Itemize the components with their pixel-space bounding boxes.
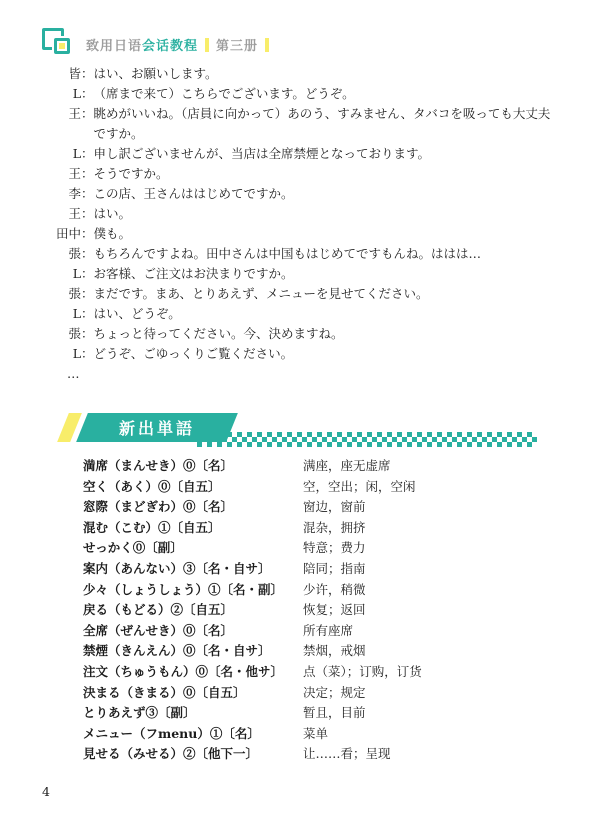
vocab-meaning: 让……看；呈现 [303,744,563,765]
dialogue-text: 眺めがいいね。（店員に向かって）あのう、すみません、タバコを吸っても大丈夫ですか… [94,104,558,144]
dialogue-colon: ： [81,64,94,84]
vocab-term: メニュー（フmenu）①〔名〕 [83,724,303,745]
dialogue-block: 皆 ： はい、お願いします。 L ： （席まで来て）こちらでございます。どうぞ。… [53,64,558,384]
vocab-meaning: 特意；费力 [303,538,563,559]
vocab-row: 満席（まんせき）⓪〔名〕 满座，座无虚席 [83,456,563,477]
vocab-row: 注文（ちゅうもん）⓪〔名・他サ〕 点（菜）；订购，订货 [83,662,563,683]
vocab-meaning: 陪同；指南 [303,559,563,580]
dialogue-colon: ： [81,104,94,124]
vocab-meaning: 决定；规定 [303,683,563,704]
dialogue-colon: ： [81,344,94,364]
dialogue-text: はい。 [94,204,558,224]
dialogue-colon: ： [81,204,94,224]
vocab-meaning: 所有座席 [303,621,563,642]
dialogue-speaker: 張 [53,244,81,264]
brand-title-course: 会话教程 [142,39,198,54]
vocab-term: 全席（ぜんせき）⓪〔名〕 [83,621,303,642]
dialogue-text: 申し訳ございませんが、当店は全席禁煙となっております。 [94,144,558,164]
dialogue-colon: ： [81,184,94,204]
dialogue-line: L ： （席まで来て）こちらでございます。どうぞ。 [53,84,558,104]
vocab-row: とりあえず③〔副〕 暂且，目前 [83,703,563,724]
yellow-divider-bar [265,38,269,52]
page-number: 4 [42,784,50,799]
dialogue-text: どうぞ、ごゆっくりご覧ください。 [94,344,558,364]
vocab-meaning: 窗边，窗前 [303,497,563,518]
dialogue-line: L ： どうぞ、ごゆっくりご覧ください。 [53,344,558,364]
vocab-term: 決まる（きまる）⓪〔自五〕 [83,683,303,704]
dialogue-speaker: L [53,264,81,284]
dialogue-speaker: 張 [53,324,81,344]
dialogue-speaker: 田中 [53,224,81,244]
dialogue-line: 張 ： もちろんですよね。田中さんは中国もはじめてですもんね。ははは… [53,244,558,264]
dialogue-speaker: 王 [53,164,81,184]
vocab-meaning: 菜单 [303,724,563,745]
vocab-term: 見せる（みせる）②〔他下一〕 [83,744,303,765]
vocab-meaning: 满座，座无虚席 [303,456,563,477]
dialogue-line: L ： 申し訳ございませんが、当店は全席禁煙となっております。 [53,144,558,164]
section-title: 新出単語 [119,416,195,439]
volume-label: 第三册 [216,39,258,54]
dialogue-speaker: 王 [53,104,81,124]
brand-logo-icon [40,26,80,62]
vocab-row: 禁煙（きんえん）⓪〔名・自サ〕 禁烟，戒烟 [83,641,563,662]
dialogue-text: お客様、ご注文はお決まりですか。 [94,264,558,284]
vocab-term: せっかく⓪〔副〕 [83,538,303,559]
dialogue-colon: ： [81,264,94,284]
dialogue-line: 王 ： 眺めがいいね。（店員に向かって）あのう、すみません、タバコを吸っても大丈… [53,104,558,144]
vocab-meaning: 少许，稍微 [303,580,563,601]
dialogue-line: 田中 ： 僕も。 [53,224,558,244]
dialogue-text: はい、どうぞ。 [94,304,558,324]
vocab-row: せっかく⓪〔副〕 特意；费力 [83,538,563,559]
vocab-term: 空く（あく）⓪〔自五〕 [83,477,303,498]
yellow-divider-bar [205,38,209,52]
vocab-term: 戻る（もどる）②〔自五〕 [83,600,303,621]
checker-pattern-strip [192,432,537,447]
dialogue-line: 張 ： ちょっと待ってください。今、決めますね。 [53,324,558,344]
dialogue-colon: ： [81,224,94,244]
dialogue-text: そうですか。 [94,164,558,184]
dialogue-speaker: 張 [53,284,81,304]
dialogue-text: まだです。まあ、とりあえず、メニューを見せてください。 [94,284,558,304]
vocab-meaning: 恢复；返回 [303,600,563,621]
dialogue-colon: ： [81,304,94,324]
vocab-meaning: 空，空出；闲，空闲 [303,477,563,498]
dialogue-colon: ： [81,144,94,164]
brand-title: 致用日语会话教程第三册 [86,35,276,54]
dialogue-line: 張 ： まだです。まあ、とりあえず、メニューを見せてください。 [53,284,558,304]
vocab-row: 少々（しょうしょう）①〔名・副〕 少许，稍微 [83,580,563,601]
brand-title-series: 致用日语 [86,39,142,54]
dialogue-line: L ： はい、どうぞ。 [53,304,558,324]
logo-yellow-square [54,38,70,54]
dialogue-colon: ： [81,324,94,344]
vocab-row: 決まる（きまる）⓪〔自五〕 决定；规定 [83,683,563,704]
vocab-row: 案内（あんない）③〔名・自サ〕 陪同；指南 [83,559,563,580]
dialogue-speaker: 李 [53,184,81,204]
dialogue-text: はい、お願いします。 [94,64,558,84]
vocab-meaning: 点（菜）；订购，订货 [303,662,563,683]
vocab-meaning: 禁烟，戒烟 [303,641,563,662]
vocab-term: 少々（しょうしょう）①〔名・副〕 [83,580,303,601]
vocab-term: とりあえず③〔副〕 [83,703,303,724]
section-header: 新出単語 [55,412,537,447]
dialogue-colon: ： [81,244,94,264]
vocab-term: 禁煙（きんえん）⓪〔名・自サ〕 [83,641,303,662]
vocabulary-list: 満席（まんせき）⓪〔名〕 满座，座无虚席 空く（あく）⓪〔自五〕 空，空出；闲，… [83,456,563,765]
vocab-row: 混む（こむ）①〔自五〕 混杂，拥挤 [83,518,563,539]
vocab-meaning: 混杂，拥挤 [303,518,563,539]
vocab-term: 混む（こむ）①〔自五〕 [83,518,303,539]
dialogue-speaker: 王 [53,204,81,224]
dialogue-speaker: L [53,144,81,164]
vocab-meaning: 暂且，目前 [303,703,563,724]
dialogue-text: もちろんですよね。田中さんは中国もはじめてですもんね。ははは… [94,244,558,264]
page-header: 致用日语会话教程第三册 [40,26,276,62]
vocab-row: 全席（ぜんせき）⓪〔名〕 所有座席 [83,621,563,642]
dialogue-colon: ： [81,164,94,184]
dialogue-text: ちょっと待ってください。今、決めますね。 [94,324,558,344]
dialogue-speaker: 皆 [53,64,81,84]
dialogue-line: 皆 ： はい、お願いします。 [53,64,558,84]
dialogue-colon: ： [81,84,94,104]
vocab-row: 空く（あく）⓪〔自五〕 空，空出；闲，空闲 [83,477,563,498]
vocab-term: 窓際（まどぎわ）⓪〔名〕 [83,497,303,518]
dialogue-text: この店、王さんははじめてですか。 [94,184,558,204]
vocab-row: メニュー（フmenu）①〔名〕 菜单 [83,724,563,745]
vocab-row: 窓際（まどぎわ）⓪〔名〕 窗边，窗前 [83,497,563,518]
dialogue-ellipsis: … [53,364,558,384]
dialogue-text: （席まで来て）こちらでございます。どうぞ。 [94,84,558,104]
dialogue-colon: ： [81,284,94,304]
dialogue-line: 李 ： この店、王さんははじめてですか。 [53,184,558,204]
vocab-row: 戻る（もどる）②〔自五〕 恢复；返回 [83,600,563,621]
dialogue-line: L ： お客様、ご注文はお決まりですか。 [53,264,558,284]
vocab-term: 案内（あんない）③〔名・自サ〕 [83,559,303,580]
textbook-page: 致用日语会话教程第三册 皆 ： はい、お願いします。 L ： （席まで来て）こち… [0,0,598,833]
dialogue-line: 王 ： そうですか。 [53,164,558,184]
dialogue-speaker: L [53,304,81,324]
vocab-row: 見せる（みせる）②〔他下一〕 让……看；呈现 [83,744,563,765]
vocab-term: 注文（ちゅうもん）⓪〔名・他サ〕 [83,662,303,683]
dialogue-speaker: L [53,344,81,364]
vocab-term: 満席（まんせき）⓪〔名〕 [83,456,303,477]
dialogue-text: 僕も。 [94,224,558,244]
dialogue-line: 王 ： はい。 [53,204,558,224]
dialogue-speaker: L [53,84,81,104]
